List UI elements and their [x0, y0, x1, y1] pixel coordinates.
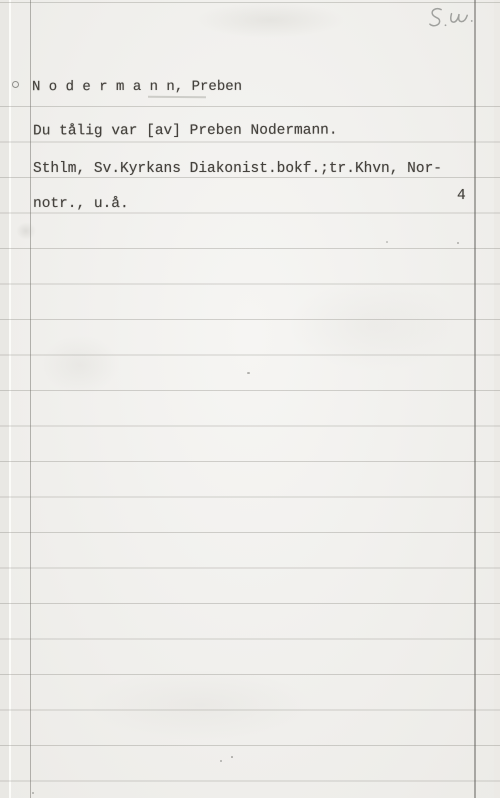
paper-speck [247, 372, 250, 374]
left-margin-line [30, 0, 31, 798]
author-heading: N o d e r m a n n, Preben [32, 79, 242, 95]
paper-speck [231, 756, 233, 758]
paper-speck [457, 242, 459, 244]
right-margin-line [474, 0, 476, 798]
paper-speck [220, 760, 222, 762]
pencil-underline [148, 96, 206, 98]
catalog-card: N o d e r m a n n, Preben Du tålig var [… [0, 0, 500, 798]
handwritten-su-strokes [426, 3, 482, 36]
item-number: 4 [457, 188, 466, 204]
paper-smudge [195, 2, 345, 38]
imprint-line-2: notr., u.å. [33, 196, 129, 212]
imprint-line-1: Sthlm, Sv.Kyrkans Diakonist.bokf.;tr.Khv… [33, 161, 442, 177]
paper-speck [386, 241, 388, 243]
top-ruled-line [0, 2, 500, 3]
pencil-shelfmark-annotation [426, 3, 482, 36]
paper-speck [32, 792, 34, 794]
title-line: Du tålig var [av] Preben Nodermann. [33, 123, 338, 140]
margin-circle-mark [12, 81, 19, 88]
